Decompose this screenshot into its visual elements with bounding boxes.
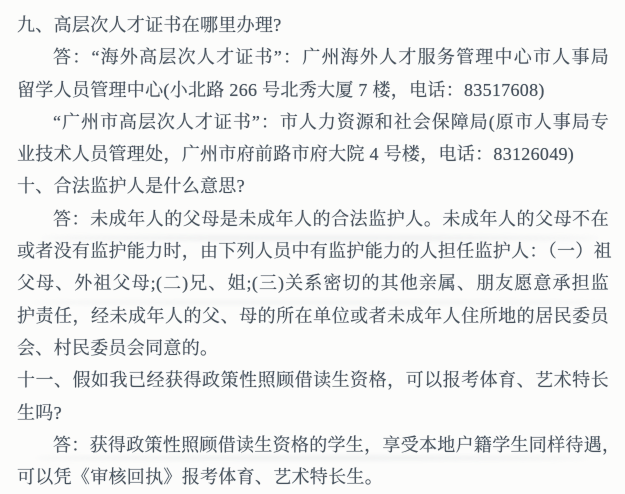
answer-10-line-3: 父母、外祖父母;(二)兄、姐;(三)关系密切的其他亲属、朋友愿意承担监: [17, 267, 609, 299]
document-page: 九、高层次人才证书在哪里办理? 答：“海外高层次人才证书”：广州海外人才服务管理…: [0, 0, 625, 494]
answer-9-line-3: “广州市高层次人才证书”：市人力资源和社会保障局(原市人事局专: [17, 106, 609, 138]
question-11-heading-line-2: 生吗?: [17, 397, 609, 429]
answer-9-line-4: 业技术人员管理处，广州市府前路市府大院 4 号楼，电话：83126049): [17, 138, 609, 170]
document-text-block: 九、高层次人才证书在哪里办理? 答：“海外高层次人才证书”：广州海外人才服务管理…: [17, 9, 609, 493]
answer-11-line-2: 可以凭《审核回执》报考体育、艺术特长生。: [17, 461, 609, 493]
question-10-heading: 十、合法监护人是什么意思?: [17, 170, 609, 202]
answer-10-line-1: 答：未成年人的父母是未成年人的合法监护人。未成年人的父母不在: [17, 203, 609, 235]
answer-11-line-1: 答：获得政策性照顾借读生资格的学生，享受本地户籍学生同样待遇，: [17, 429, 609, 461]
question-9-heading: 九、高层次人才证书在哪里办理?: [17, 9, 609, 41]
question-11-heading-line-1: 十一、假如我已经获得政策性照顾借读生资格，可以报考体育、艺术特长: [17, 364, 609, 396]
answer-10-line-4: 护责任，经未成年人的父、母的所在单位或者未成年人住所地的居民委员: [17, 300, 609, 332]
answer-9-line-1: 答：“海外高层次人才证书”：广州海外人才服务管理中心市人事局: [17, 41, 609, 73]
answer-10-line-2: 或者没有监护能力时，由下列人员中有监护能力的人担任监护人：（一）祖: [17, 235, 609, 267]
answer-9-line-2: 留学人员管理中心(小北路 266 号北秀大厦 7 楼，电话：83517608): [17, 74, 609, 106]
answer-10-line-5: 会、村民委员会同意的。: [17, 332, 609, 364]
